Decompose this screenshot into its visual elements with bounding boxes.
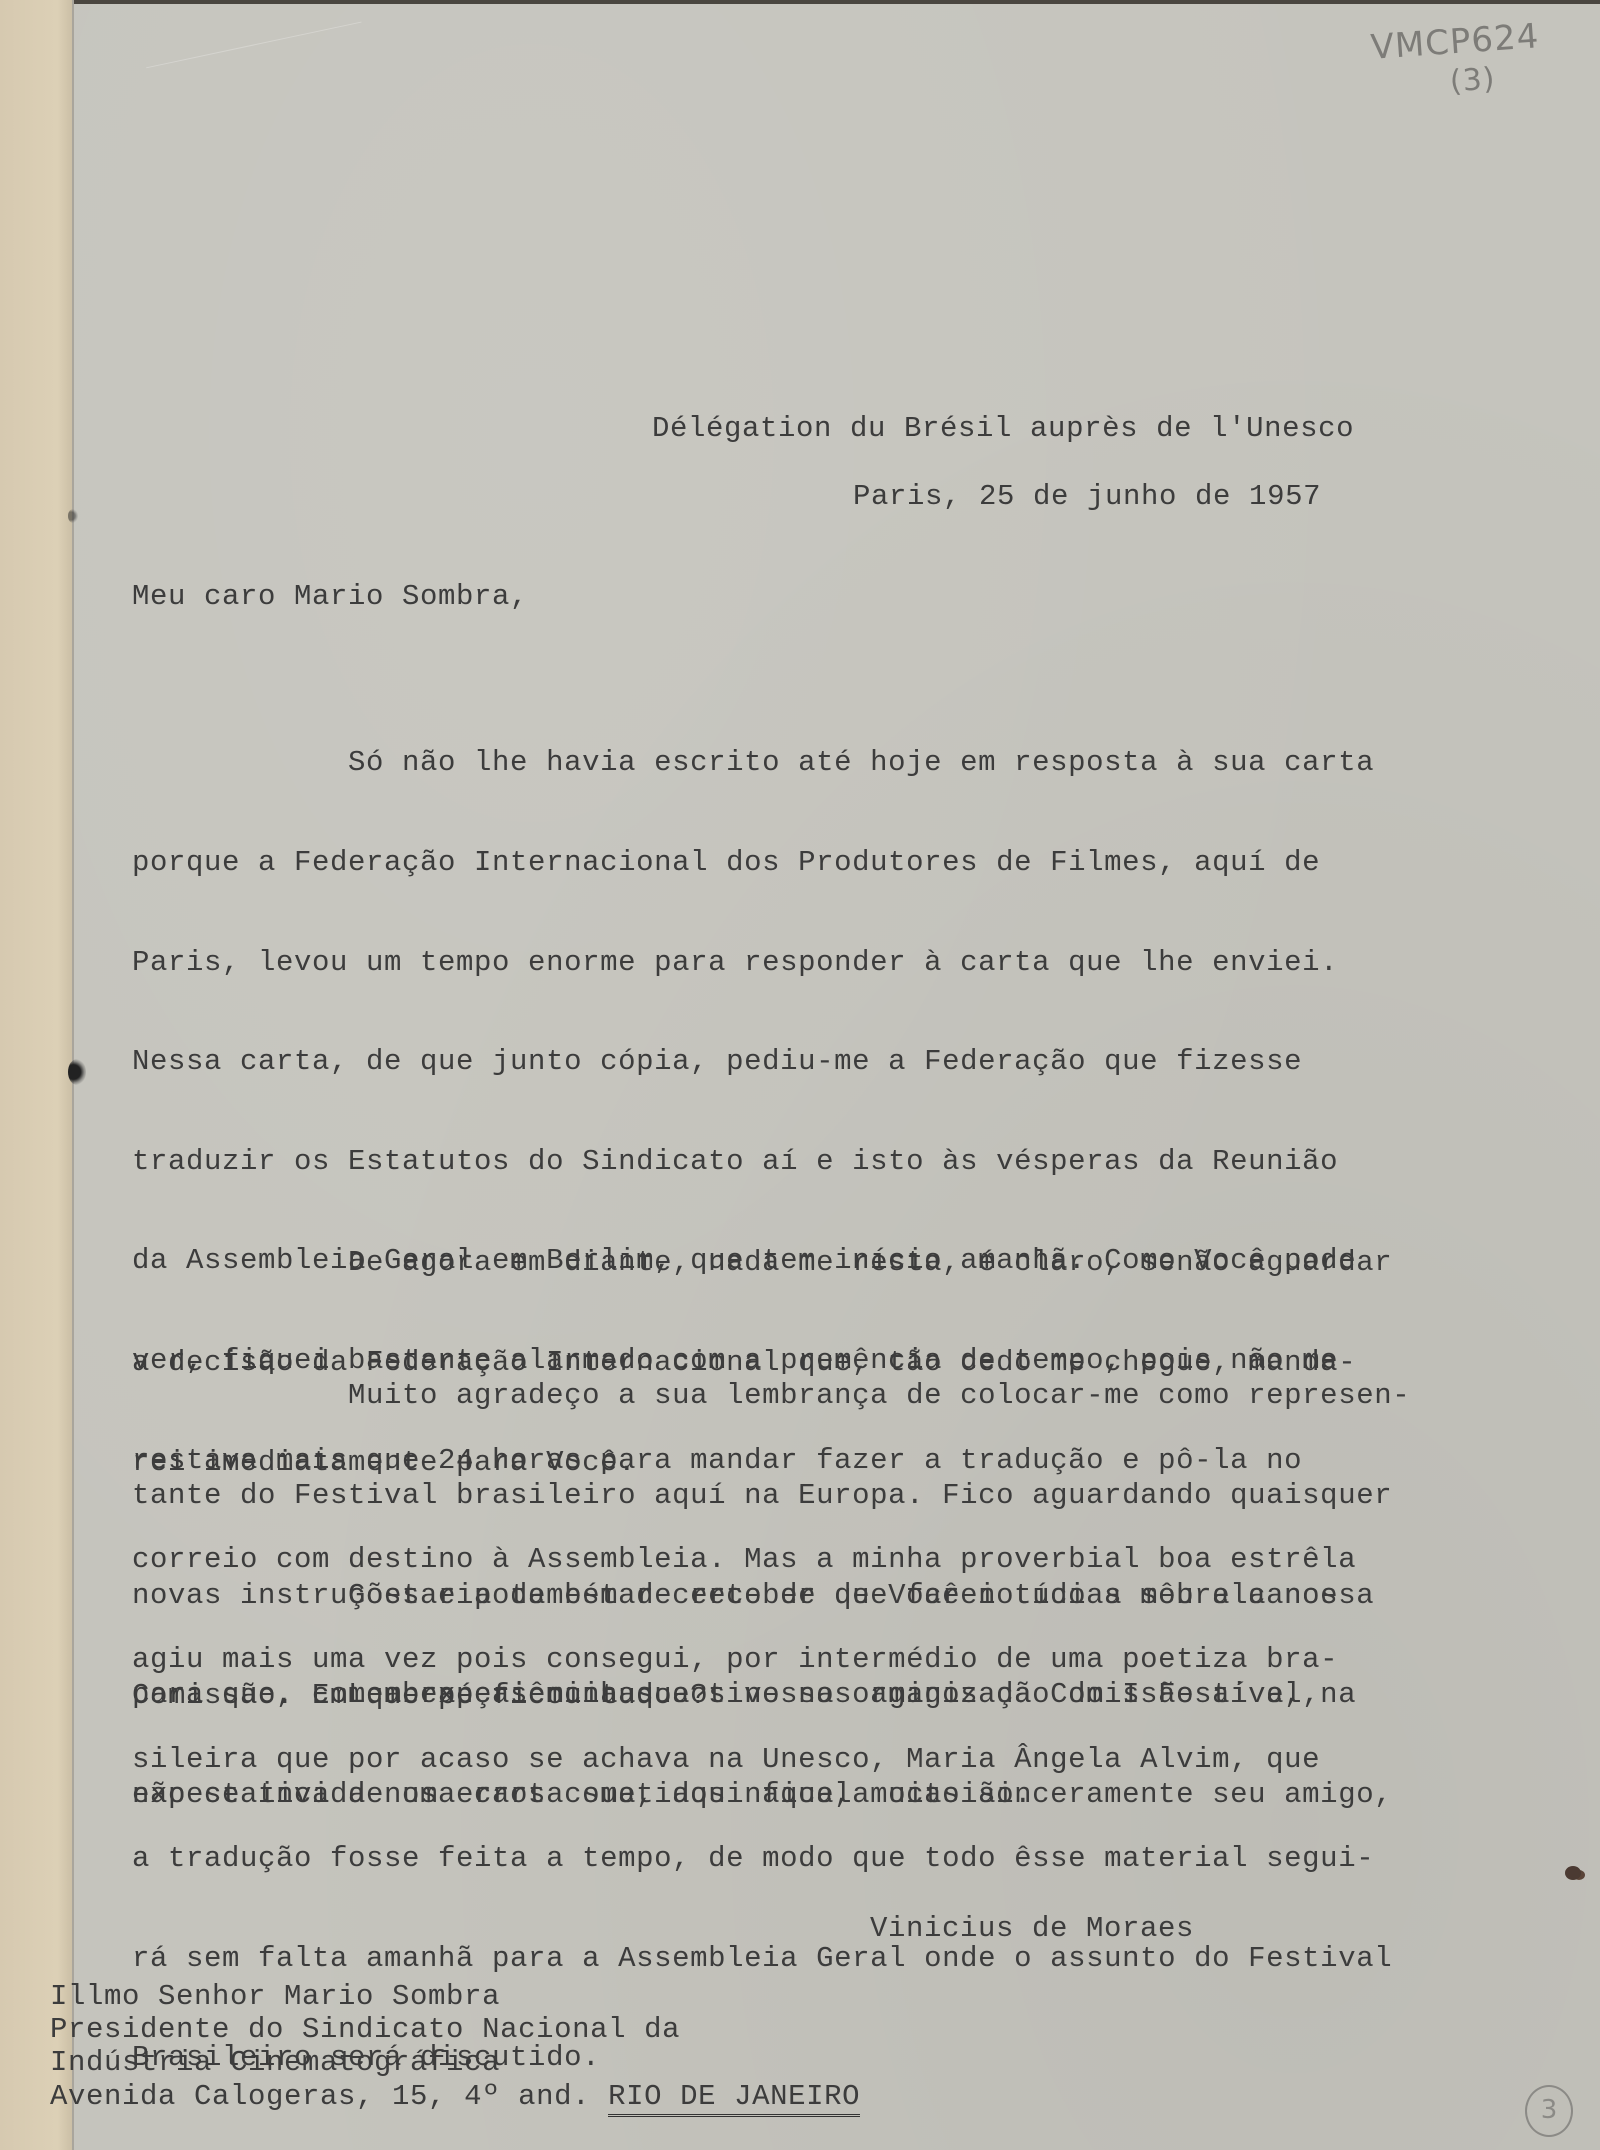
- text-line: Paris, levou um tempo enorme para respon…: [132, 946, 1392, 979]
- text-line: traduzir os Estatutos do Sindicato aí e …: [132, 1145, 1392, 1178]
- text-line: expectativa de uma carta sua, aqui fica,…: [132, 1778, 1392, 1811]
- recipient-address: Illmo Senhor Mario Sombra Presidente do …: [50, 1980, 860, 2113]
- punch-hole-mark-small: [68, 509, 78, 523]
- text-line: Lembranças minhas aos nossos amigos da C…: [132, 1678, 1392, 1711]
- letterhead: Délégation du Brésil auprès de l'Unesco: [652, 412, 1354, 445]
- signature-name: Vinicius de Moraes: [870, 1912, 1194, 1945]
- text-line: De agora em diante, nada me resta, é cla…: [132, 1246, 1392, 1279]
- punch-hole-mark: [68, 1059, 86, 1085]
- paper-crease: [146, 22, 370, 108]
- address-line-2: Presidente do Sindicato Nacional da: [50, 2013, 860, 2046]
- address-city: RIO DE JANEIRO: [608, 2080, 860, 2117]
- address-line-3: Indústria Cinematográfica: [50, 2046, 860, 2079]
- text-line: tante do Festival brasileiro aquí na Eur…: [132, 1479, 1410, 1512]
- address-line-4: Avenida Calogeras, 15, 4º and. RIO DE JA…: [50, 2080, 860, 2113]
- text-line: Só não lhe havia escrito até hoje em res…: [132, 746, 1392, 779]
- address-line-1: Illmo Senhor Mario Sombra: [50, 1980, 860, 2013]
- text-line: rá sem falta amanhã para a Assembleia Ge…: [132, 1942, 1392, 1975]
- paper-edge-strip: [0, 0, 74, 2150]
- text-line: a tradução fosse feita a tempo, de modo …: [132, 1842, 1392, 1875]
- salutation: Meu caro Mario Sombra,: [132, 580, 528, 613]
- page-number-circle: 3: [1525, 2085, 1573, 2137]
- text-line: Gostaria também de receber de Você notíc…: [132, 1579, 1374, 1612]
- date-line: Paris, 25 de junho de 1957: [853, 480, 1321, 513]
- paragraph-5: Lembranças minhas aos nossos amigos da C…: [132, 1612, 1392, 1844]
- ink-stain: [1565, 1866, 1581, 1880]
- text-line: Muito agradeço a sua lembrança de coloca…: [132, 1379, 1410, 1412]
- text-line: Nessa carta, de que junto cópia, pediu-m…: [132, 1045, 1392, 1078]
- archive-code-pencil: VMCP624 (3): [1369, 16, 1543, 108]
- text-line: porque a Federação Internacional dos Pro…: [132, 846, 1392, 879]
- address-street: Avenida Calogeras, 15, 4º and.: [50, 2080, 608, 2113]
